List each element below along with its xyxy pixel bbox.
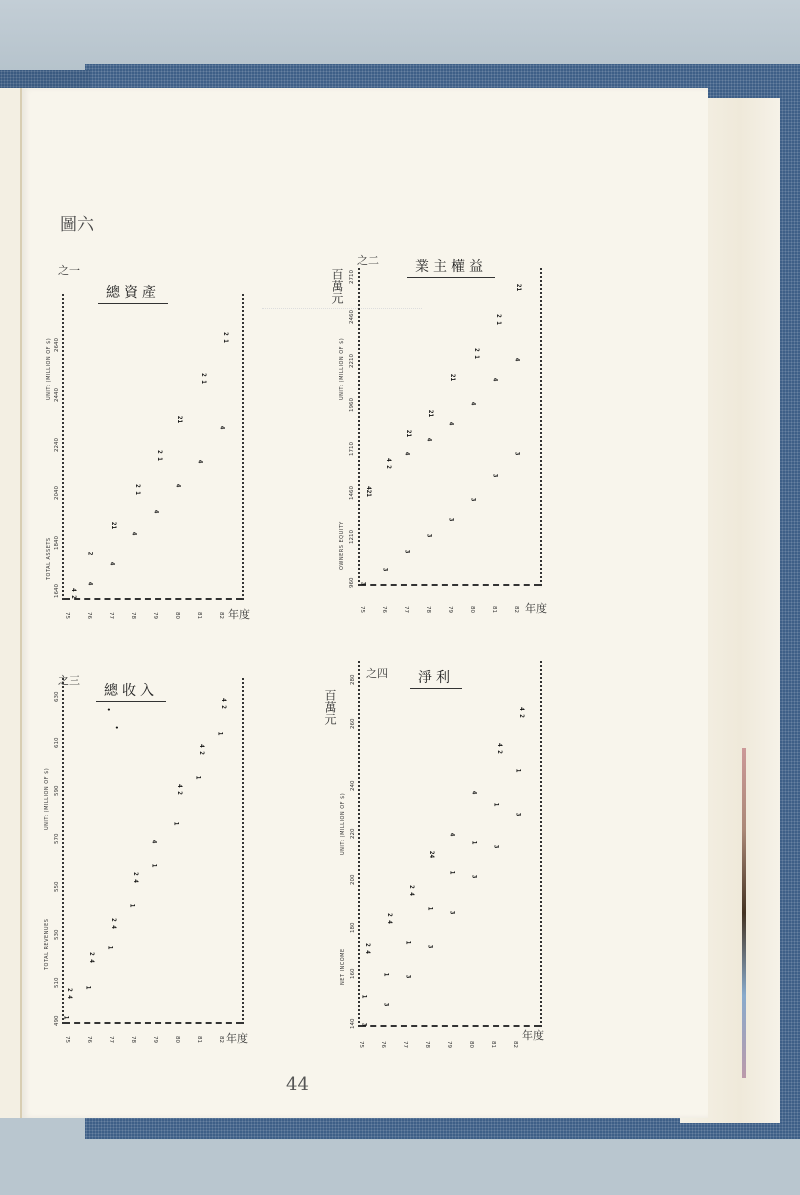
x-tick: 80 xyxy=(469,606,475,613)
x-tick: 77 xyxy=(108,612,114,619)
x-tick: 81 xyxy=(490,1041,496,1048)
y-tick: 2460 xyxy=(349,310,355,324)
x-tick: 82 xyxy=(513,606,519,613)
y-tick: 2240 xyxy=(54,438,60,452)
y-axis-label: OWNERS EQUITY xyxy=(339,521,345,570)
page-number: 44 xyxy=(286,1074,309,1095)
y-tick: 550 xyxy=(54,882,60,893)
background-top xyxy=(0,0,800,70)
chart-total-revenues: 之三 總收入 TOTAL REVENUES UNIT: (MILLION OF … xyxy=(40,670,260,1050)
y-axis-label: NET INCOME xyxy=(340,948,346,985)
x-tick: 75 xyxy=(64,612,70,619)
y-tick: 1210 xyxy=(349,530,355,544)
y-tick: 1710 xyxy=(349,442,355,456)
unit-label: UNIT: (MILLION OF $) xyxy=(340,793,346,855)
y-tick: 260 xyxy=(350,719,356,730)
y-tick: 630 xyxy=(54,692,60,703)
y-tick: 2040 xyxy=(54,486,60,500)
unit-label: UNIT: (MILLION OF $) xyxy=(46,338,52,400)
figure-label: 圖六 xyxy=(60,210,94,235)
y-tick: 1460 xyxy=(349,486,355,500)
x-tick: 78 xyxy=(424,1041,430,1048)
y-tick: 2710 xyxy=(349,270,355,284)
x-tick: 78 xyxy=(130,612,136,619)
x-tick: 79 xyxy=(446,1041,452,1048)
y-tick: 2440 xyxy=(54,388,60,402)
x-tick: 81 xyxy=(196,612,202,619)
x-tick: 82 xyxy=(218,612,224,619)
y-tick: 280 xyxy=(350,675,356,686)
x-tick: 78 xyxy=(130,1036,136,1043)
unit-label: UNIT: (MILLION OF $) xyxy=(339,338,345,400)
x-tick: 76 xyxy=(380,1041,386,1048)
x-tick: 75 xyxy=(64,1036,70,1043)
x-tick: 77 xyxy=(403,606,409,613)
x-tick: 76 xyxy=(86,612,92,619)
y-tick: 160 xyxy=(350,969,356,980)
x-tick: 75 xyxy=(358,1041,364,1048)
y-tick: 570 xyxy=(54,834,60,845)
x-unit: 年度 xyxy=(525,600,547,616)
y-axis-label: TOTAL ASSETS xyxy=(46,537,52,580)
y-tick: 510 xyxy=(54,978,60,989)
y-tick: 530 xyxy=(54,930,60,941)
x-tick: 79 xyxy=(152,612,158,619)
y-tick: 2640 xyxy=(54,338,60,352)
y-tick: 590 xyxy=(54,786,60,797)
y-tick: 140 xyxy=(350,1019,356,1030)
x-unit: 年度 xyxy=(228,606,250,622)
unit-label: UNIT: (MILLION OF $) xyxy=(44,768,50,830)
y-tick: 200 xyxy=(350,875,356,886)
x-tick: 80 xyxy=(468,1041,474,1048)
panel-label: 之一 xyxy=(58,262,80,278)
plot-area xyxy=(62,678,244,1024)
x-tick: 76 xyxy=(381,606,387,613)
y-tick: 2210 xyxy=(349,354,355,368)
y-tick: 490 xyxy=(54,1016,60,1027)
x-tick: 81 xyxy=(196,1036,202,1043)
y-tick: 610 xyxy=(54,738,60,749)
color-plate-edge xyxy=(742,748,746,1078)
y-tick: 220 xyxy=(350,829,356,840)
x-tick: 82 xyxy=(218,1036,224,1043)
y-tick: 1640 xyxy=(54,584,60,598)
y-axis-label: TOTAL REVENUES xyxy=(44,919,50,970)
x-unit: 年度 xyxy=(522,1027,544,1043)
x-unit: 年度 xyxy=(226,1030,248,1046)
x-tick: 80 xyxy=(174,1036,180,1043)
chart-net-income: 之四 淨利 百萬元 NET INCOME UNIT: (MILLION OF $… xyxy=(310,655,550,1045)
x-tick: 76 xyxy=(86,1036,92,1043)
x-tick: 79 xyxy=(447,606,453,613)
chart-total-assets: 之一 總資產 TOTAL ASSETS UNIT: (MILLION OF $)… xyxy=(40,260,260,640)
x-tick: 77 xyxy=(108,1036,114,1043)
previous-page-edge xyxy=(0,88,22,1118)
x-tick: 81 xyxy=(491,606,497,613)
x-tick: 80 xyxy=(174,612,180,619)
x-tick: 77 xyxy=(402,1041,408,1048)
panel-label: 之二 xyxy=(357,252,379,268)
y-tick: 180 xyxy=(350,923,356,934)
unit-cn: 百萬元 xyxy=(329,268,346,304)
plot-area xyxy=(358,268,542,586)
x-tick: 82 xyxy=(512,1041,518,1048)
y-tick: 240 xyxy=(350,781,356,792)
x-tick: 78 xyxy=(425,606,431,613)
unit-cn: 百萬元 xyxy=(322,689,339,725)
y-tick: 1840 xyxy=(54,536,60,550)
y-tick: 1960 xyxy=(349,398,355,412)
x-tick: 75 xyxy=(359,606,365,613)
y-tick: 960 xyxy=(349,578,355,589)
chart-owners-equity: 之二 業主權益 百萬元 OWNERS EQUITY UNIT: (MILLION… xyxy=(325,250,550,630)
x-tick: 79 xyxy=(152,1036,158,1043)
